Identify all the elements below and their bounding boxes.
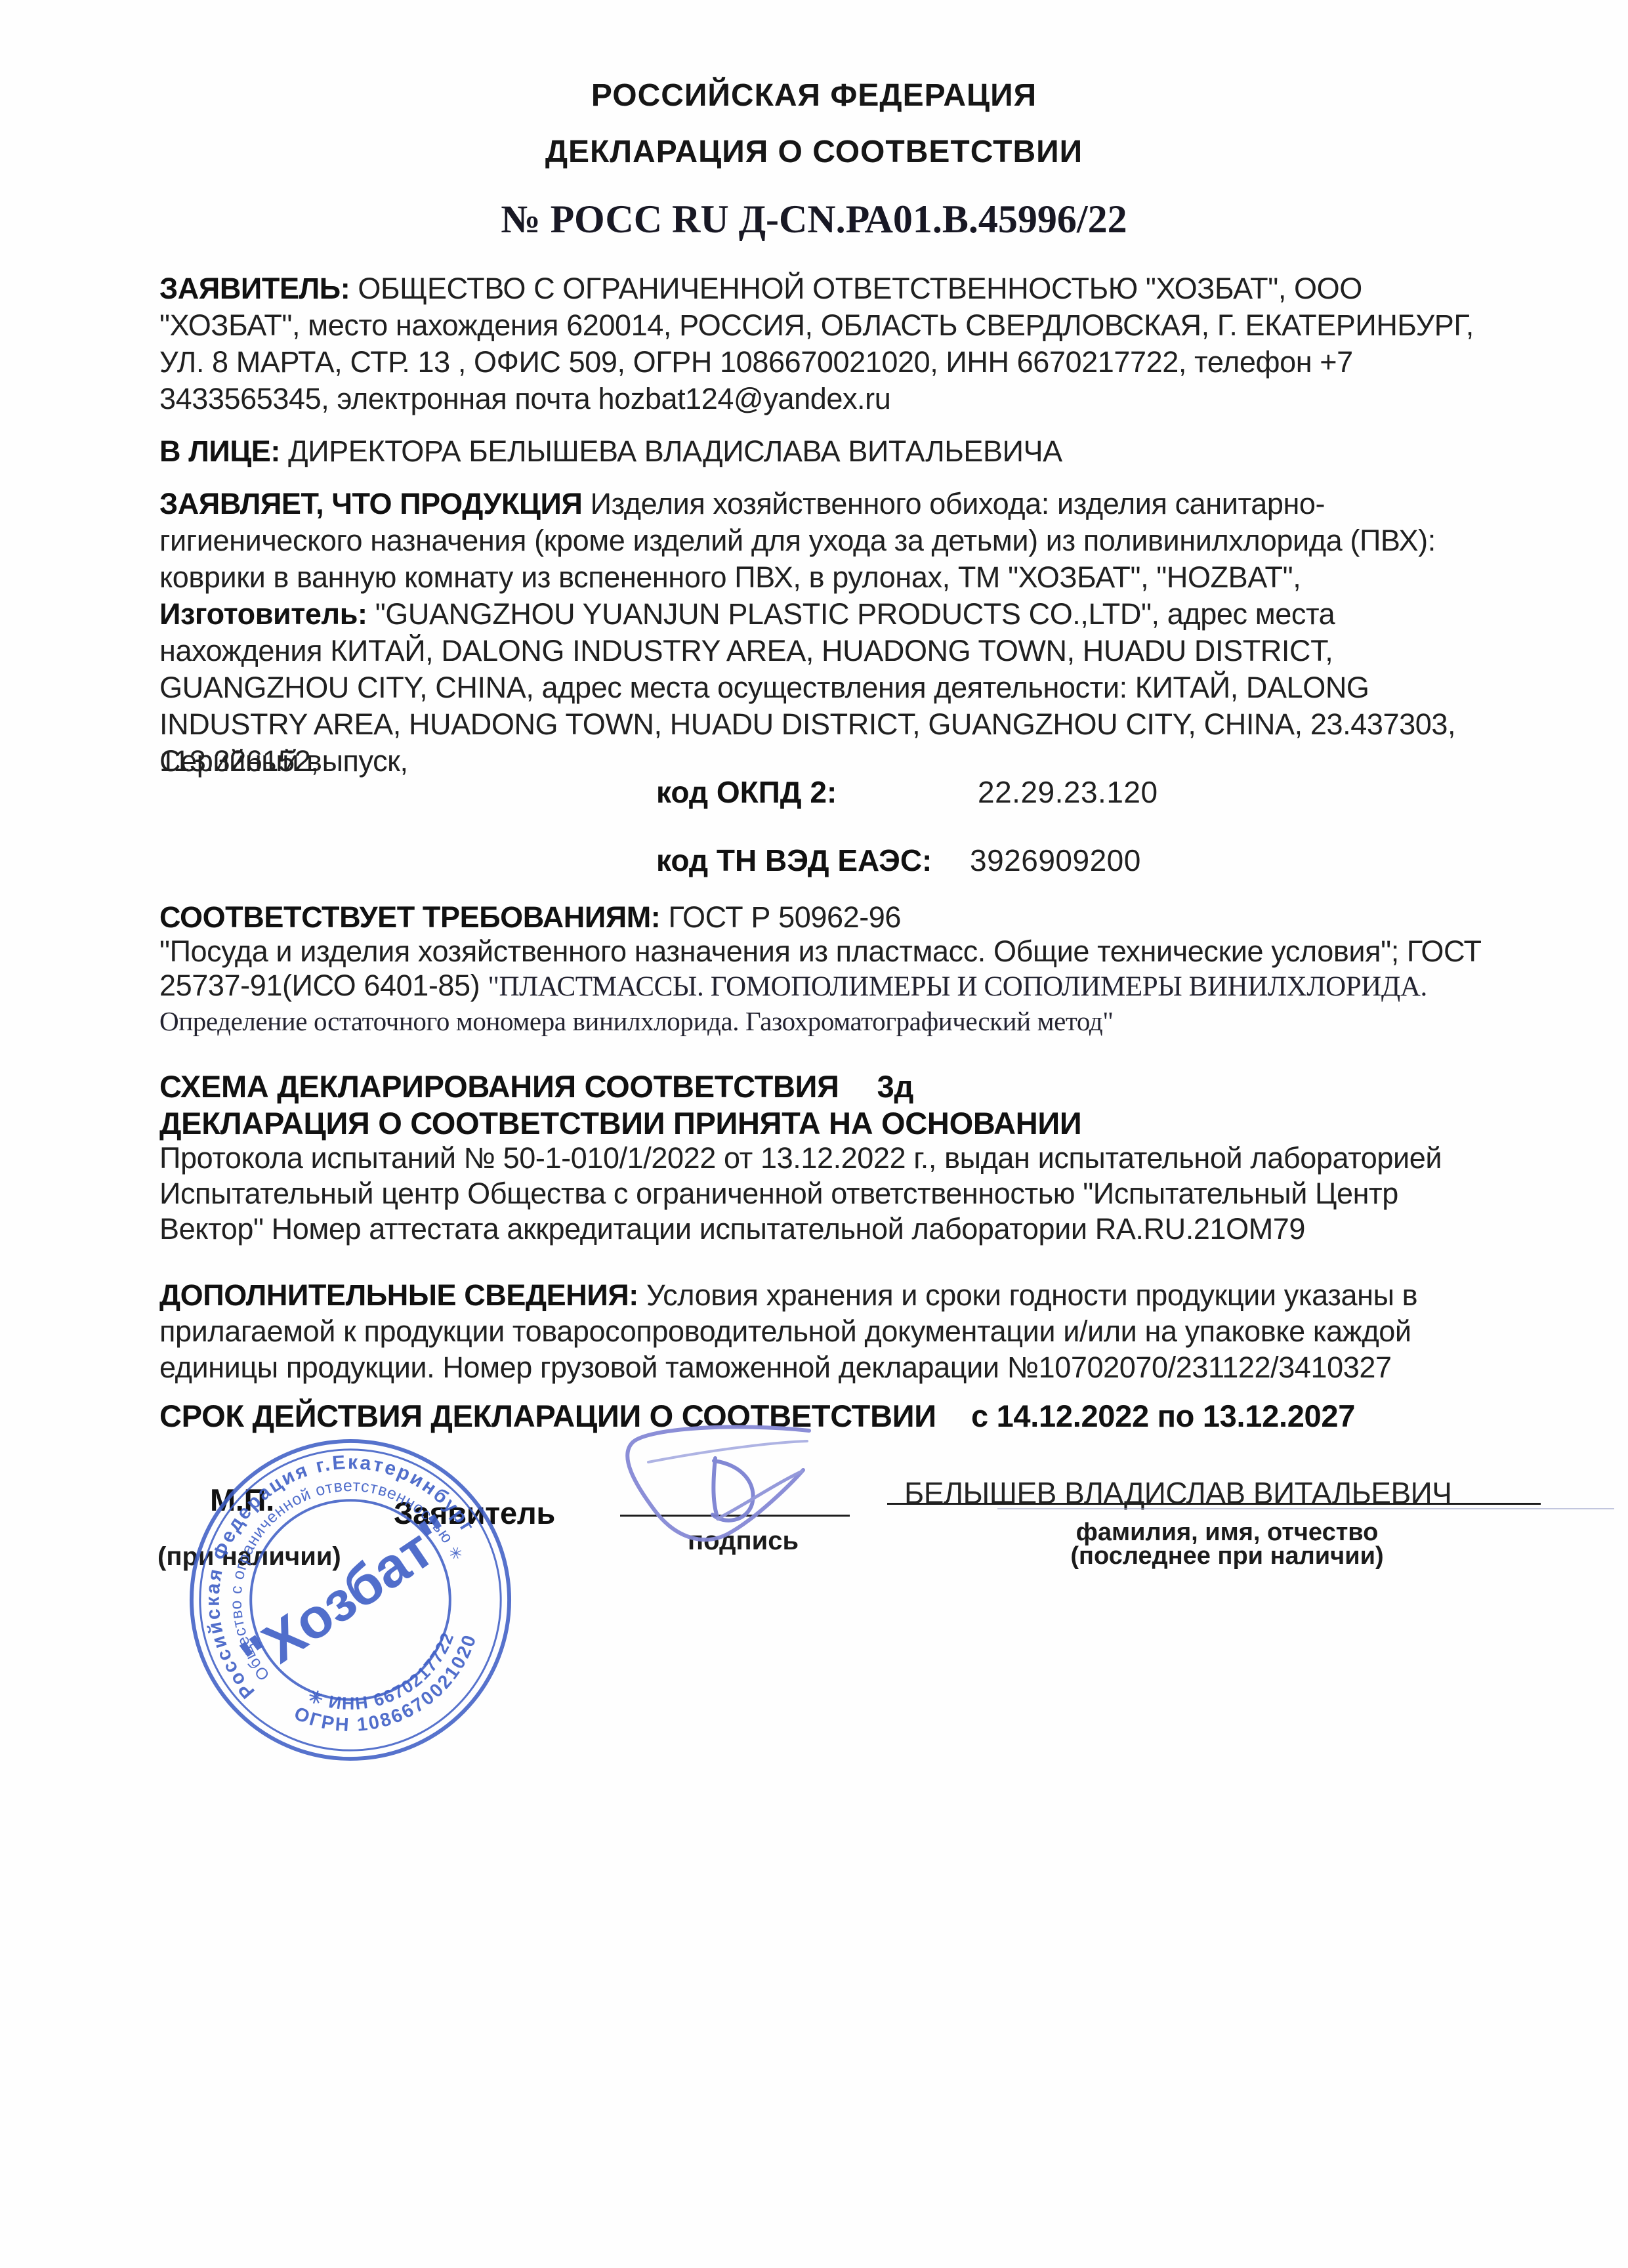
okpd-code-value: 22.29.23.120 bbox=[978, 774, 1158, 810]
manufacturer-label: Изготовитель: bbox=[159, 597, 367, 631]
applicant-label: ЗАЯВИТЕЛЬ: bbox=[159, 272, 350, 305]
applicant-paragraph: ЗАЯВИТЕЛЬ:ОБЩЕСТВО С ОГРАНИЧЕННОЙ ОТВЕТС… bbox=[159, 270, 1482, 417]
okpd-code-label: код ОКПД 2: bbox=[656, 775, 837, 809]
document-title: ДЕКЛАРАЦИЯ О СООТВЕТСТВИИ bbox=[0, 134, 1628, 170]
tnved-code-row: код ТН ВЭД ЕАЭС: bbox=[656, 843, 932, 878]
basis-text: Протокола испытаний № 50-1-010/1/2022 от… bbox=[159, 1141, 1482, 1247]
compliance-block: СООТВЕТСТВУЕТ ТРЕБОВАНИЯМ:ГОСТ Р 50962-9… bbox=[159, 900, 1482, 1038]
validity-dates: с 14.12.2022 по 13.12.2027 bbox=[971, 1398, 1355, 1434]
additional-paragraph: ДОПОЛНИТЕЛЬНЫЕ СВЕДЕНИЯ:Условия хранения… bbox=[159, 1277, 1482, 1385]
scheme-value: 3д bbox=[877, 1069, 913, 1104]
representative-text: ДИРЕКТОРА БЕЛЫШЕВА ВЛАДИСЛАВА ВИТАЛЬЕВИЧ… bbox=[288, 434, 1062, 468]
product-paragraph: ЗАЯВЛЯЕТ, ЧТО ПРОДУКЦИЯИзделия хозяйстве… bbox=[159, 486, 1482, 780]
document-number: № РОСС RU Д-CN.РА01.В.45996/22 bbox=[0, 197, 1628, 242]
tnved-code-value: 3926909200 bbox=[970, 843, 1141, 878]
compliance-line1: СООТВЕТСТВУЕТ ТРЕБОВАНИЯМ:ГОСТ Р 50962-9… bbox=[159, 900, 1482, 934]
scheme-line: СХЕМА ДЕКЛАРИРОВАНИЯ СООТВЕТСТВИЯ3д bbox=[159, 1068, 913, 1104]
representative-label: В ЛИЦЕ: bbox=[159, 434, 280, 468]
additional-label: ДОПОЛНИТЕЛЬНЫЕ СВЕДЕНИЯ: bbox=[159, 1278, 638, 1312]
declaration-document: РОССИЙСКАЯ ФЕДЕРАЦИЯ ДЕКЛАРАЦИЯ О СООТВЕ… bbox=[0, 0, 1628, 2268]
country-header: РОССИЙСКАЯ ФЕДЕРАЦИЯ bbox=[0, 77, 1628, 114]
company-stamp: Российская Федерация г.Екатеринбург Обще… bbox=[188, 1437, 513, 1763]
compliance-line3-serif: "ПЛАСТМАССЫ. ГОМОПОЛИМЕРЫ И СОПОЛИМЕРЫ В… bbox=[488, 971, 1427, 1002]
name-caption-2: (последнее при наличии) bbox=[900, 1542, 1554, 1570]
scheme-label: СХЕМА ДЕКЛАРИРОВАНИЯ СООТВЕТСТВИЯ bbox=[159, 1069, 839, 1104]
name-underline bbox=[887, 1503, 1541, 1505]
representative-line: В ЛИЦЕ:ДИРЕКТОРА БЕЛЫШЕВА ВЛАДИСЛАВА ВИТ… bbox=[159, 433, 1482, 470]
compliance-value: ГОСТ Р 50962-96 bbox=[669, 900, 902, 934]
name-underline-shadow bbox=[997, 1508, 1614, 1509]
basis-title: ДЕКЛАРАЦИЯ О СООТВЕТСТВИИ ПРИНЯТА НА ОСН… bbox=[159, 1105, 1081, 1141]
handwritten-signature bbox=[604, 1404, 892, 1562]
signature-stroke-diagonal bbox=[648, 1441, 807, 1462]
signatory-name: БЕЛЫШЕВ ВЛАДИСЛАВ ВИТАЛЬЕВИЧ bbox=[904, 1475, 1451, 1511]
compliance-line3: 25737-91(ИСО 6401-85) "ПЛАСТМАССЫ. ГОМОП… bbox=[159, 969, 1482, 1004]
product-label: ЗАЯВЛЯЕТ, ЧТО ПРОДУКЦИЯ bbox=[159, 487, 582, 520]
compliance-line2: "Посуда и изделия хозяйственного назначе… bbox=[159, 934, 1482, 969]
compliance-line4: Определение остаточного мономера винилхл… bbox=[159, 1004, 1482, 1038]
applicant-text: ОБЩЕСТВО С ОГРАНИЧЕННОЙ ОТВЕТСТВЕННОСТЬЮ… bbox=[159, 272, 1474, 415]
tnved-code-label: код ТН ВЭД ЕАЭС: bbox=[656, 843, 932, 877]
compliance-label: СООТВЕТСТВУЕТ ТРЕБОВАНИЯМ: bbox=[159, 900, 660, 934]
okpd-code-row: код ОКПД 2: bbox=[656, 774, 837, 810]
signature-stroke-stem bbox=[713, 1458, 718, 1519]
compliance-line3-prefix: 25737-91(ИСО 6401-85) bbox=[159, 969, 480, 1002]
